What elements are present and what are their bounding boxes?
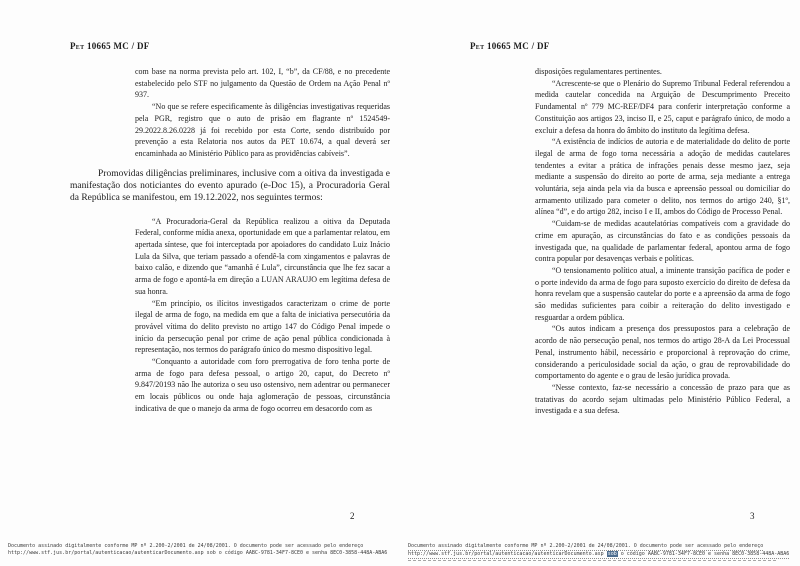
footer-line-2: http://www.stf.jus.br/portal/autenticaca… (8, 550, 394, 557)
case-caption: Pet 10665 MC / DF (70, 41, 150, 51)
footer-line-1: Documento assinado digitalmente conforme… (8, 543, 394, 550)
quote-paragraph: disposições regulamentares pertinentes. (535, 66, 790, 78)
case-caption: Pet 10665 MC / DF (470, 41, 550, 51)
page-number: 3 (750, 511, 755, 521)
quote-paragraph: “Acrescente-se que o Plenário do Supremo… (535, 78, 790, 137)
quote-paragraph: “No que se refere especificamente às dil… (135, 101, 390, 160)
page-3-content: disposições regulamentares pertinentes. … (470, 66, 790, 417)
page-number: 2 (350, 511, 355, 521)
authentication-url[interactable]: http://www.stf.jus.br/portal/autenticaca… (408, 551, 604, 557)
document-canvas: Pet 10665 MC / DF com base na norma prev… (0, 0, 800, 566)
quote-paragraph: “Em princípio, os ilícitos investigados … (135, 298, 390, 357)
quote-paragraph: “Os autos indicam a presença dos pressup… (535, 323, 790, 382)
body-paragraph: Promovidas diligências preliminares, inc… (70, 168, 390, 204)
footer-dashed-underline (408, 560, 776, 561)
footer-code-text: o código AABC-9781-34F7-8CE0 e senha 8EC… (618, 551, 790, 557)
quote-paragraph: “Conquanto a autoridade com foro prerrog… (135, 356, 390, 415)
search-highlight[interactable]: sob (607, 551, 618, 557)
quote-paragraph: “A existência de indícios de autoria e d… (535, 136, 790, 218)
authentication-url[interactable]: http://www.stf.jus.br/portal/autenticaca… (8, 550, 204, 556)
document-page-3: Pet 10665 MC / DF disposições regulament… (400, 0, 800, 566)
page-2-content: com base na norma prevista pelo art. 102… (70, 66, 390, 415)
footer-line-2: http://www.stf.jus.br/portal/autenticaca… (408, 551, 789, 559)
footer-code-text: sob o código AABC-9781-34F7-8CE0 e senha… (204, 550, 388, 556)
document-page-2: Pet 10665 MC / DF com base na norma prev… (0, 0, 400, 566)
quote-paragraph: com base na norma prevista pelo art. 102… (135, 66, 390, 101)
signature-footer-highlighted: Documento assinado digitalmente conforme… (408, 543, 794, 561)
quote-paragraph: “O tensionamento político atual, a imine… (535, 265, 790, 324)
quote-paragraph: “Nesse contexto, faz-se necessário a con… (535, 382, 790, 417)
signature-footer: Documento assinado digitalmente conforme… (8, 543, 394, 557)
footer-line-1: Documento assinado digitalmente conforme… (408, 543, 763, 551)
quote-paragraph: “A Procuradoria-Geral da República reali… (135, 216, 390, 298)
quote-paragraph: “Cuidam-se de medidas acautelatórias com… (535, 218, 790, 265)
